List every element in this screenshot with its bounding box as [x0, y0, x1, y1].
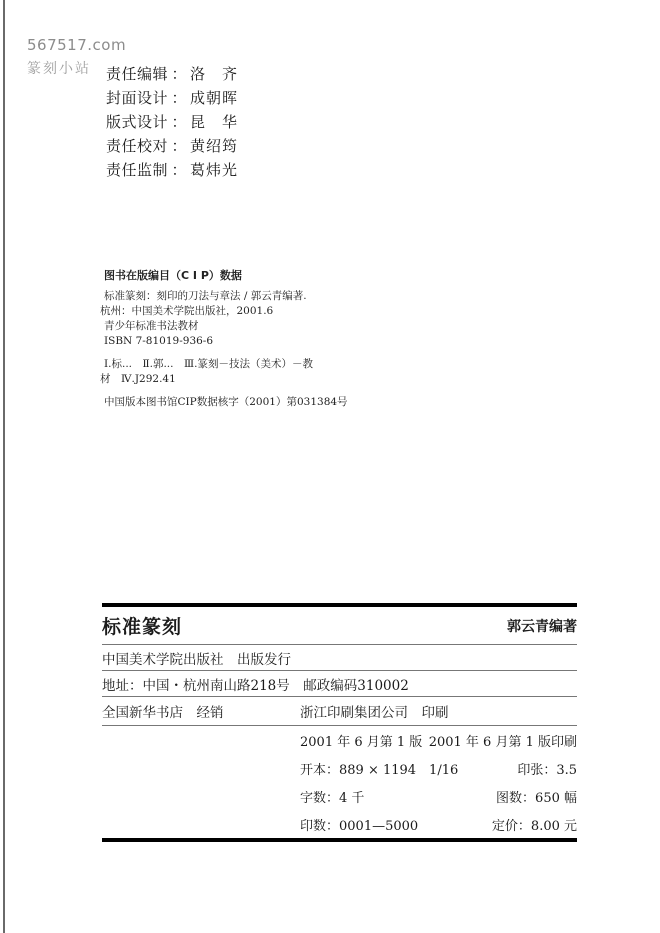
spec-row: 2001 年 6 月第 1 版 2001 年 6 月第 1 版印刷: [102, 726, 577, 754]
address: 地址：中国・杭州南山路218号 邮政编码310002: [102, 671, 577, 696]
word-count: 字数：4 千: [300, 787, 496, 806]
spec-row: 开本：889 × 1194 1/16 印张：3.5: [102, 754, 577, 782]
credit-colon: ：: [168, 159, 190, 183]
credit-role: 封面设计: [106, 87, 168, 111]
format: 开本：889 × 1194 1/16: [300, 759, 517, 778]
page-edge-rule: [3, 0, 5, 933]
credit-role: 责任校对: [106, 135, 168, 159]
cip-heading: 图书在版编目（C I P）数据: [104, 268, 348, 283]
book-author: 郭云青编著: [507, 616, 577, 636]
watermark-label: 篆刻小站: [27, 58, 91, 78]
credit-name: 成朝晖: [190, 87, 238, 111]
credit-name: 昆 华: [190, 111, 238, 135]
credit-colon: ：: [168, 63, 190, 87]
credit-name: 黄绍筠: [190, 135, 238, 159]
credits-list: 责任编辑 ： 洛 齐 封面设计 ： 成朝晖 版式设计 ： 昆 华 责任校对 ： …: [106, 63, 238, 183]
cip-line: 标准篆刻：刻印的刀法与章法 / 郭云青编著.: [104, 289, 348, 304]
credit-role: 版式设计: [106, 111, 168, 135]
title-row: 标准篆刻 郭云青编著: [102, 607, 577, 644]
sheets: 印张：3.5: [517, 759, 577, 778]
credit-row: 责任编辑 ： 洛 齐: [106, 63, 238, 87]
credit-colon: ：: [168, 87, 190, 111]
printer: 浙江印刷集团公司 印刷: [300, 701, 577, 721]
spec-row: 印数：0001—5000 定价：8.00 元: [102, 810, 577, 838]
edition: 2001 年 6 月第 1 版: [300, 731, 429, 750]
credit-name: 洛 齐: [190, 63, 238, 87]
price: 定价：8.00 元: [492, 815, 577, 834]
cip-record: 中国版本图书馆CIP数据核字（2001）第031384号: [104, 395, 348, 410]
printing: 2001 年 6 月第 1 版印刷: [429, 731, 577, 750]
credit-row: 责任监制 ： 葛炜光: [106, 159, 238, 183]
credit-role: 责任编辑: [106, 63, 168, 87]
cip-subject: Ⅰ.标... Ⅱ.郭... Ⅲ.篆刻－技法（美术）－教: [104, 357, 348, 372]
cip-line: ISBN 7-81019-936-6: [104, 334, 348, 349]
credit-row: 封面设计 ： 成朝晖: [106, 87, 238, 111]
book-title: 标准篆刻: [102, 612, 182, 639]
cip-line: 杭州：中国美术学院出版社，2001.6: [100, 304, 348, 319]
credit-colon: ：: [168, 111, 190, 135]
print-run: 印数：0001—5000: [300, 815, 492, 834]
distribution-row: 全国新华书店 经销 浙江印刷集团公司 印刷: [102, 697, 577, 725]
credit-name: 葛炜光: [190, 159, 238, 183]
colophon: 标准篆刻 郭云青编著 中国美术学院出版社 出版发行 地址：中国・杭州南山路218…: [102, 603, 577, 842]
cip-block: 图书在版编目（C I P）数据 标准篆刻：刻印的刀法与章法 / 郭云青编著. 杭…: [104, 268, 348, 410]
cip-subject: 材 Ⅳ.J292.41: [100, 372, 348, 387]
figure-count: 图数：650 幅: [496, 787, 577, 806]
credit-role: 责任监制: [106, 159, 168, 183]
credit-row: 版式设计 ： 昆 华: [106, 111, 238, 135]
watermark-site: 567517.com: [27, 36, 126, 54]
credit-colon: ：: [168, 135, 190, 159]
divider: [102, 838, 577, 842]
publisher: 中国美术学院出版社 出版发行: [102, 645, 577, 670]
spec-row: 字数：4 千 图数：650 幅: [102, 782, 577, 810]
distributor: 全国新华书店 经销: [102, 701, 300, 721]
credit-row: 责任校对 ： 黄绍筠: [106, 135, 238, 159]
cip-line: 青少年标准书法教材: [104, 319, 348, 334]
